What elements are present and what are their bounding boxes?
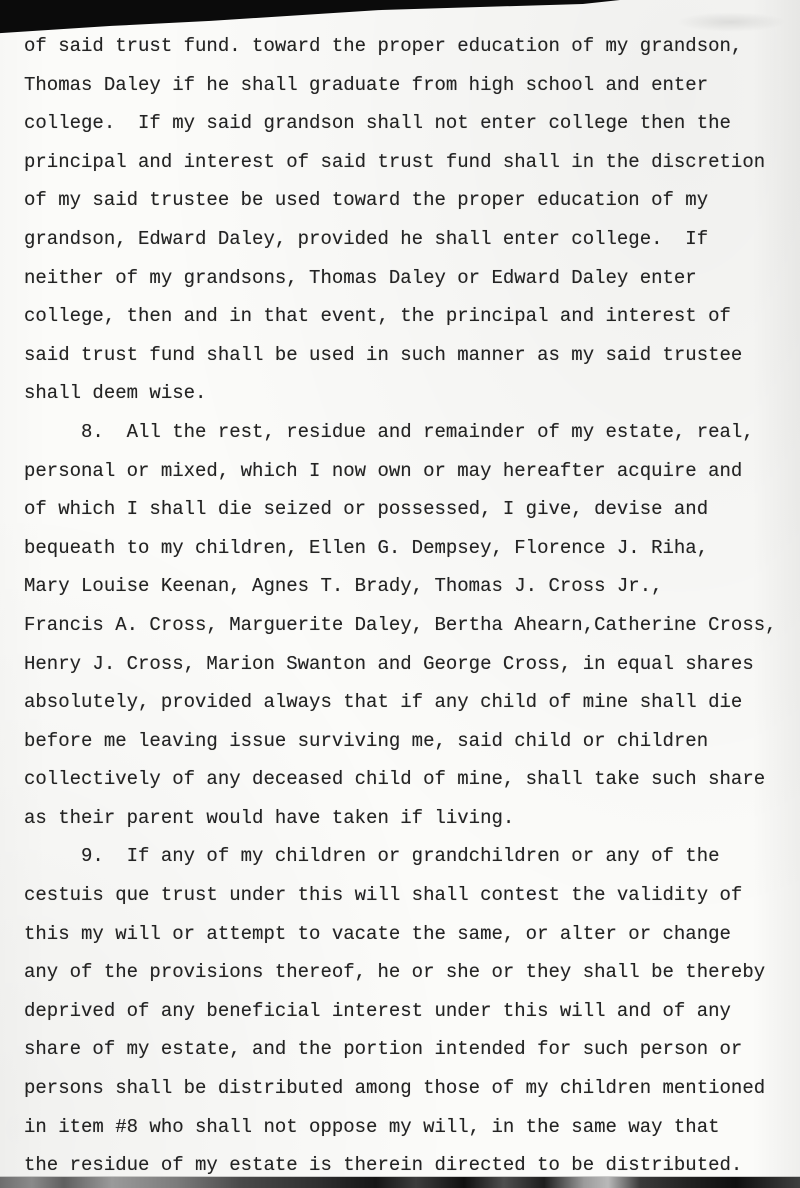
text-line: before me leaving issue surviving me, sa…	[24, 722, 796, 761]
text-line: share of my estate, and the portion inte…	[24, 1030, 796, 1069]
text-line: Thomas Daley if he shall graduate from h…	[24, 66, 796, 105]
text-line: deprived of any beneficial interest unde…	[24, 992, 796, 1031]
text-line: of which I shall die seized or possessed…	[24, 490, 796, 529]
text-line: grandson, Edward Daley, provided he shal…	[24, 220, 796, 259]
text-line: cestuis que trust under this will shall …	[24, 876, 796, 915]
will-text-block: of said trust fund. toward the proper ed…	[24, 27, 796, 1185]
text-line: any of the provisions thereof, he or she…	[24, 953, 796, 992]
scan-edge-bottom	[0, 1177, 800, 1188]
text-line: of my said trustee be used toward the pr…	[24, 181, 796, 220]
text-line: Henry J. Cross, Marion Swanton and Georg…	[24, 645, 796, 684]
text-line: absolutely, provided always that if any …	[24, 683, 796, 722]
text-line-item-8: 8. All the rest, residue and remainder o…	[24, 413, 796, 452]
text-line: shall deem wise.	[24, 374, 796, 413]
text-line: bequeath to my children, Ellen G. Dempse…	[24, 529, 796, 568]
text-line: college, then and in that event, the pri…	[24, 297, 796, 336]
text-line: collectively of any deceased child of mi…	[24, 760, 796, 799]
text-line: in item #8 who shall not oppose my will,…	[24, 1108, 796, 1147]
text-line: as their parent would have taken if livi…	[24, 799, 796, 838]
text-line: principal and interest of said trust fun…	[24, 143, 796, 182]
text-line: Francis A. Cross, Marguerite Daley, Bert…	[24, 606, 796, 645]
text-line: neither of my grandsons, Thomas Daley or…	[24, 259, 796, 298]
text-line-item-9: 9. If any of my children or grandchildre…	[24, 837, 796, 876]
text-line: said trust fund shall be used in such ma…	[24, 336, 796, 375]
text-line: persons shall be distributed among those…	[24, 1069, 796, 1108]
text-line: of said trust fund. toward the proper ed…	[24, 27, 796, 66]
scanned-document-page: of said trust fund. toward the proper ed…	[0, 0, 800, 1188]
text-line: this my will or attempt to vacate the sa…	[24, 915, 796, 954]
text-line: personal or mixed, which I now own or ma…	[24, 452, 796, 491]
text-line: Mary Louise Keenan, Agnes T. Brady, Thom…	[24, 567, 796, 606]
text-line: college. If my said grandson shall not e…	[24, 104, 796, 143]
